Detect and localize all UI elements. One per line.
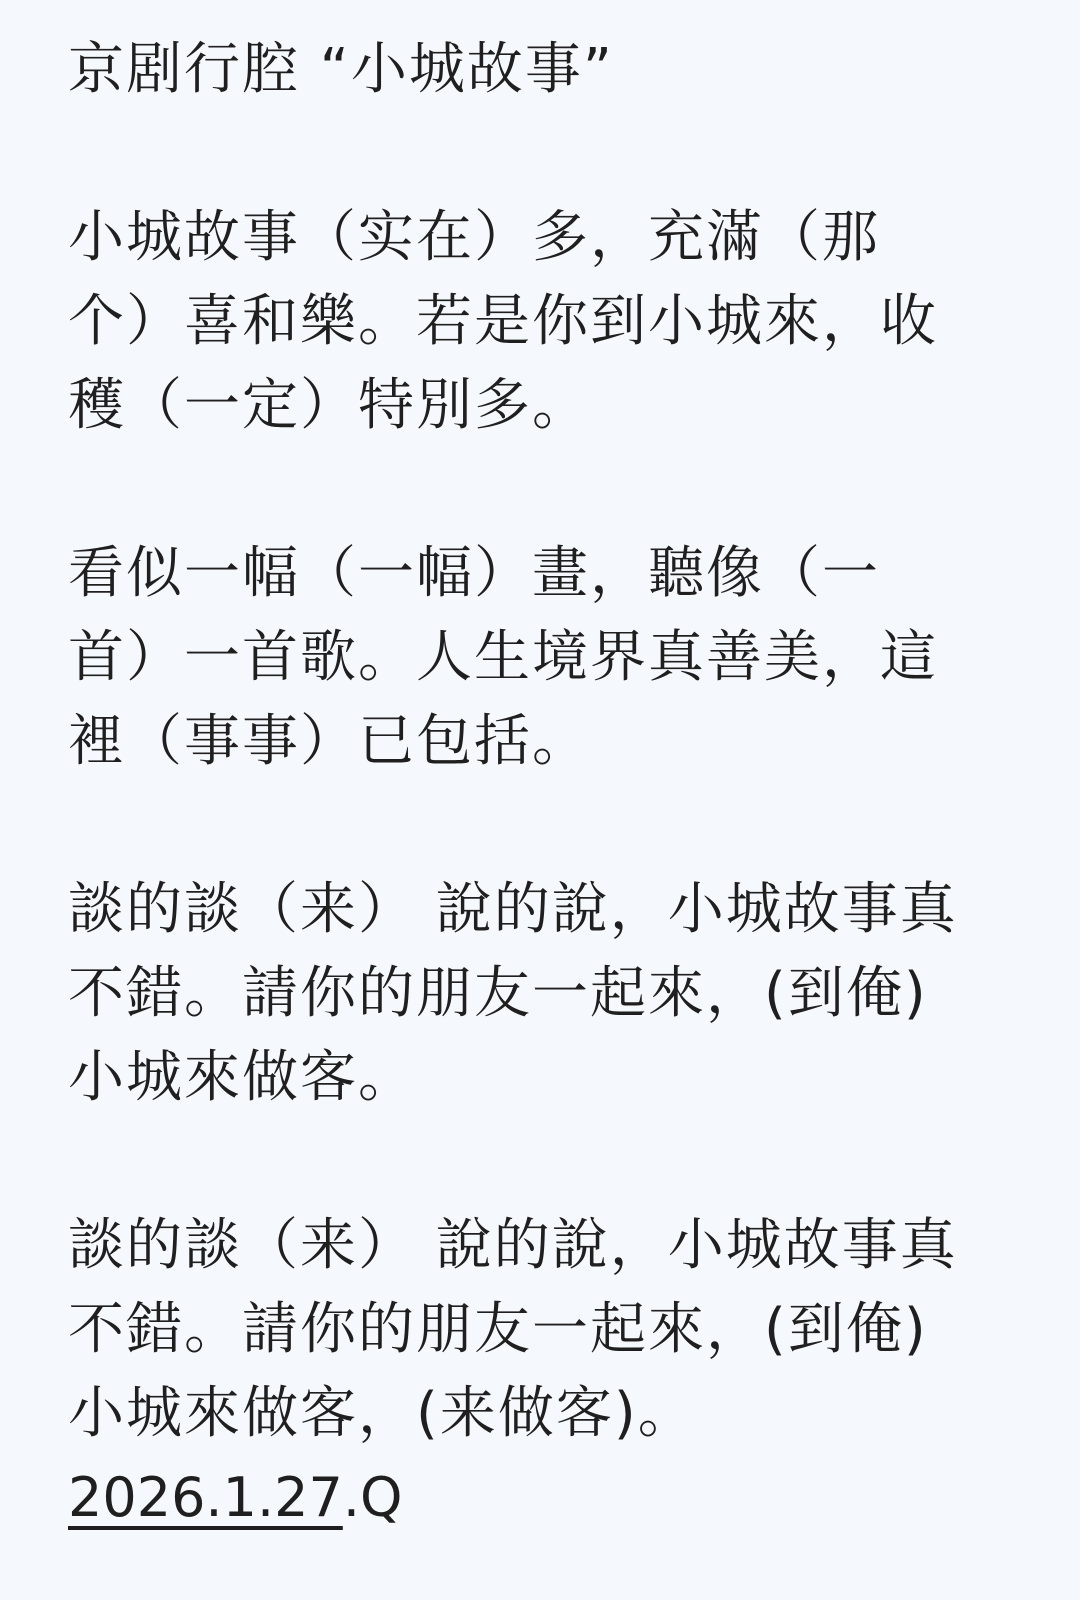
stanza-2: 看似一幅（一幅）畫，聽像（一 首）一首歌。人生境界真善美，這 裡（事事）已包括。 [68, 532, 1028, 784]
stanza-4: 談的談（来） 說的說，小城故事真 不錯。請你的朋友一起來，(到俺) 小城來做客，… [68, 1204, 1028, 1456]
note-title: 京剧行腔 “小城故事” [68, 28, 1028, 112]
date-link[interactable]: 2026.1.27 [68, 1466, 343, 1529]
stanza-line: 小城來做客。 [68, 1036, 1028, 1120]
stanza-line: 个）喜和樂。若是你到小城來，收 [68, 280, 1028, 364]
blank-line [68, 448, 1028, 532]
blank-line [68, 784, 1028, 868]
stanza-line: 小城來做客，(来做客)。 [68, 1372, 1028, 1456]
stanza-line: 不錯。請你的朋友一起來，(到俺) [68, 952, 1028, 1036]
signature-line: 2026.1.27.Q [68, 1456, 1028, 1540]
signature-suffix: .Q [343, 1466, 403, 1529]
stanza-line: 不錯。請你的朋友一起來，(到俺) [68, 1288, 1028, 1372]
stanza-line: 穫（一定）特別多。 [68, 364, 1028, 448]
stanza-line: 裡（事事）已包括。 [68, 700, 1028, 784]
stanza-line: 看似一幅（一幅）畫，聽像（一 [68, 532, 1028, 616]
stanza-line: 首）一首歌。人生境界真善美，這 [68, 616, 1028, 700]
stanza-line: 談的談（来） 說的說，小城故事真 [68, 1204, 1028, 1288]
note-body: 京剧行腔 “小城故事” 小城故事（实在）多，充滿（那 个）喜和樂。若是你到小城來… [68, 28, 1028, 1540]
stanza-3: 談的談（来） 說的說，小城故事真 不錯。請你的朋友一起來，(到俺) 小城來做客。 [68, 868, 1028, 1120]
blank-line [68, 112, 1028, 196]
stanza-1: 小城故事（实在）多，充滿（那 个）喜和樂。若是你到小城來，收 穫（一定）特別多。 [68, 196, 1028, 448]
stanza-line: 談的談（来） 說的說，小城故事真 [68, 868, 1028, 952]
blank-line [68, 1120, 1028, 1204]
stanza-line: 小城故事（实在）多，充滿（那 [68, 196, 1028, 280]
